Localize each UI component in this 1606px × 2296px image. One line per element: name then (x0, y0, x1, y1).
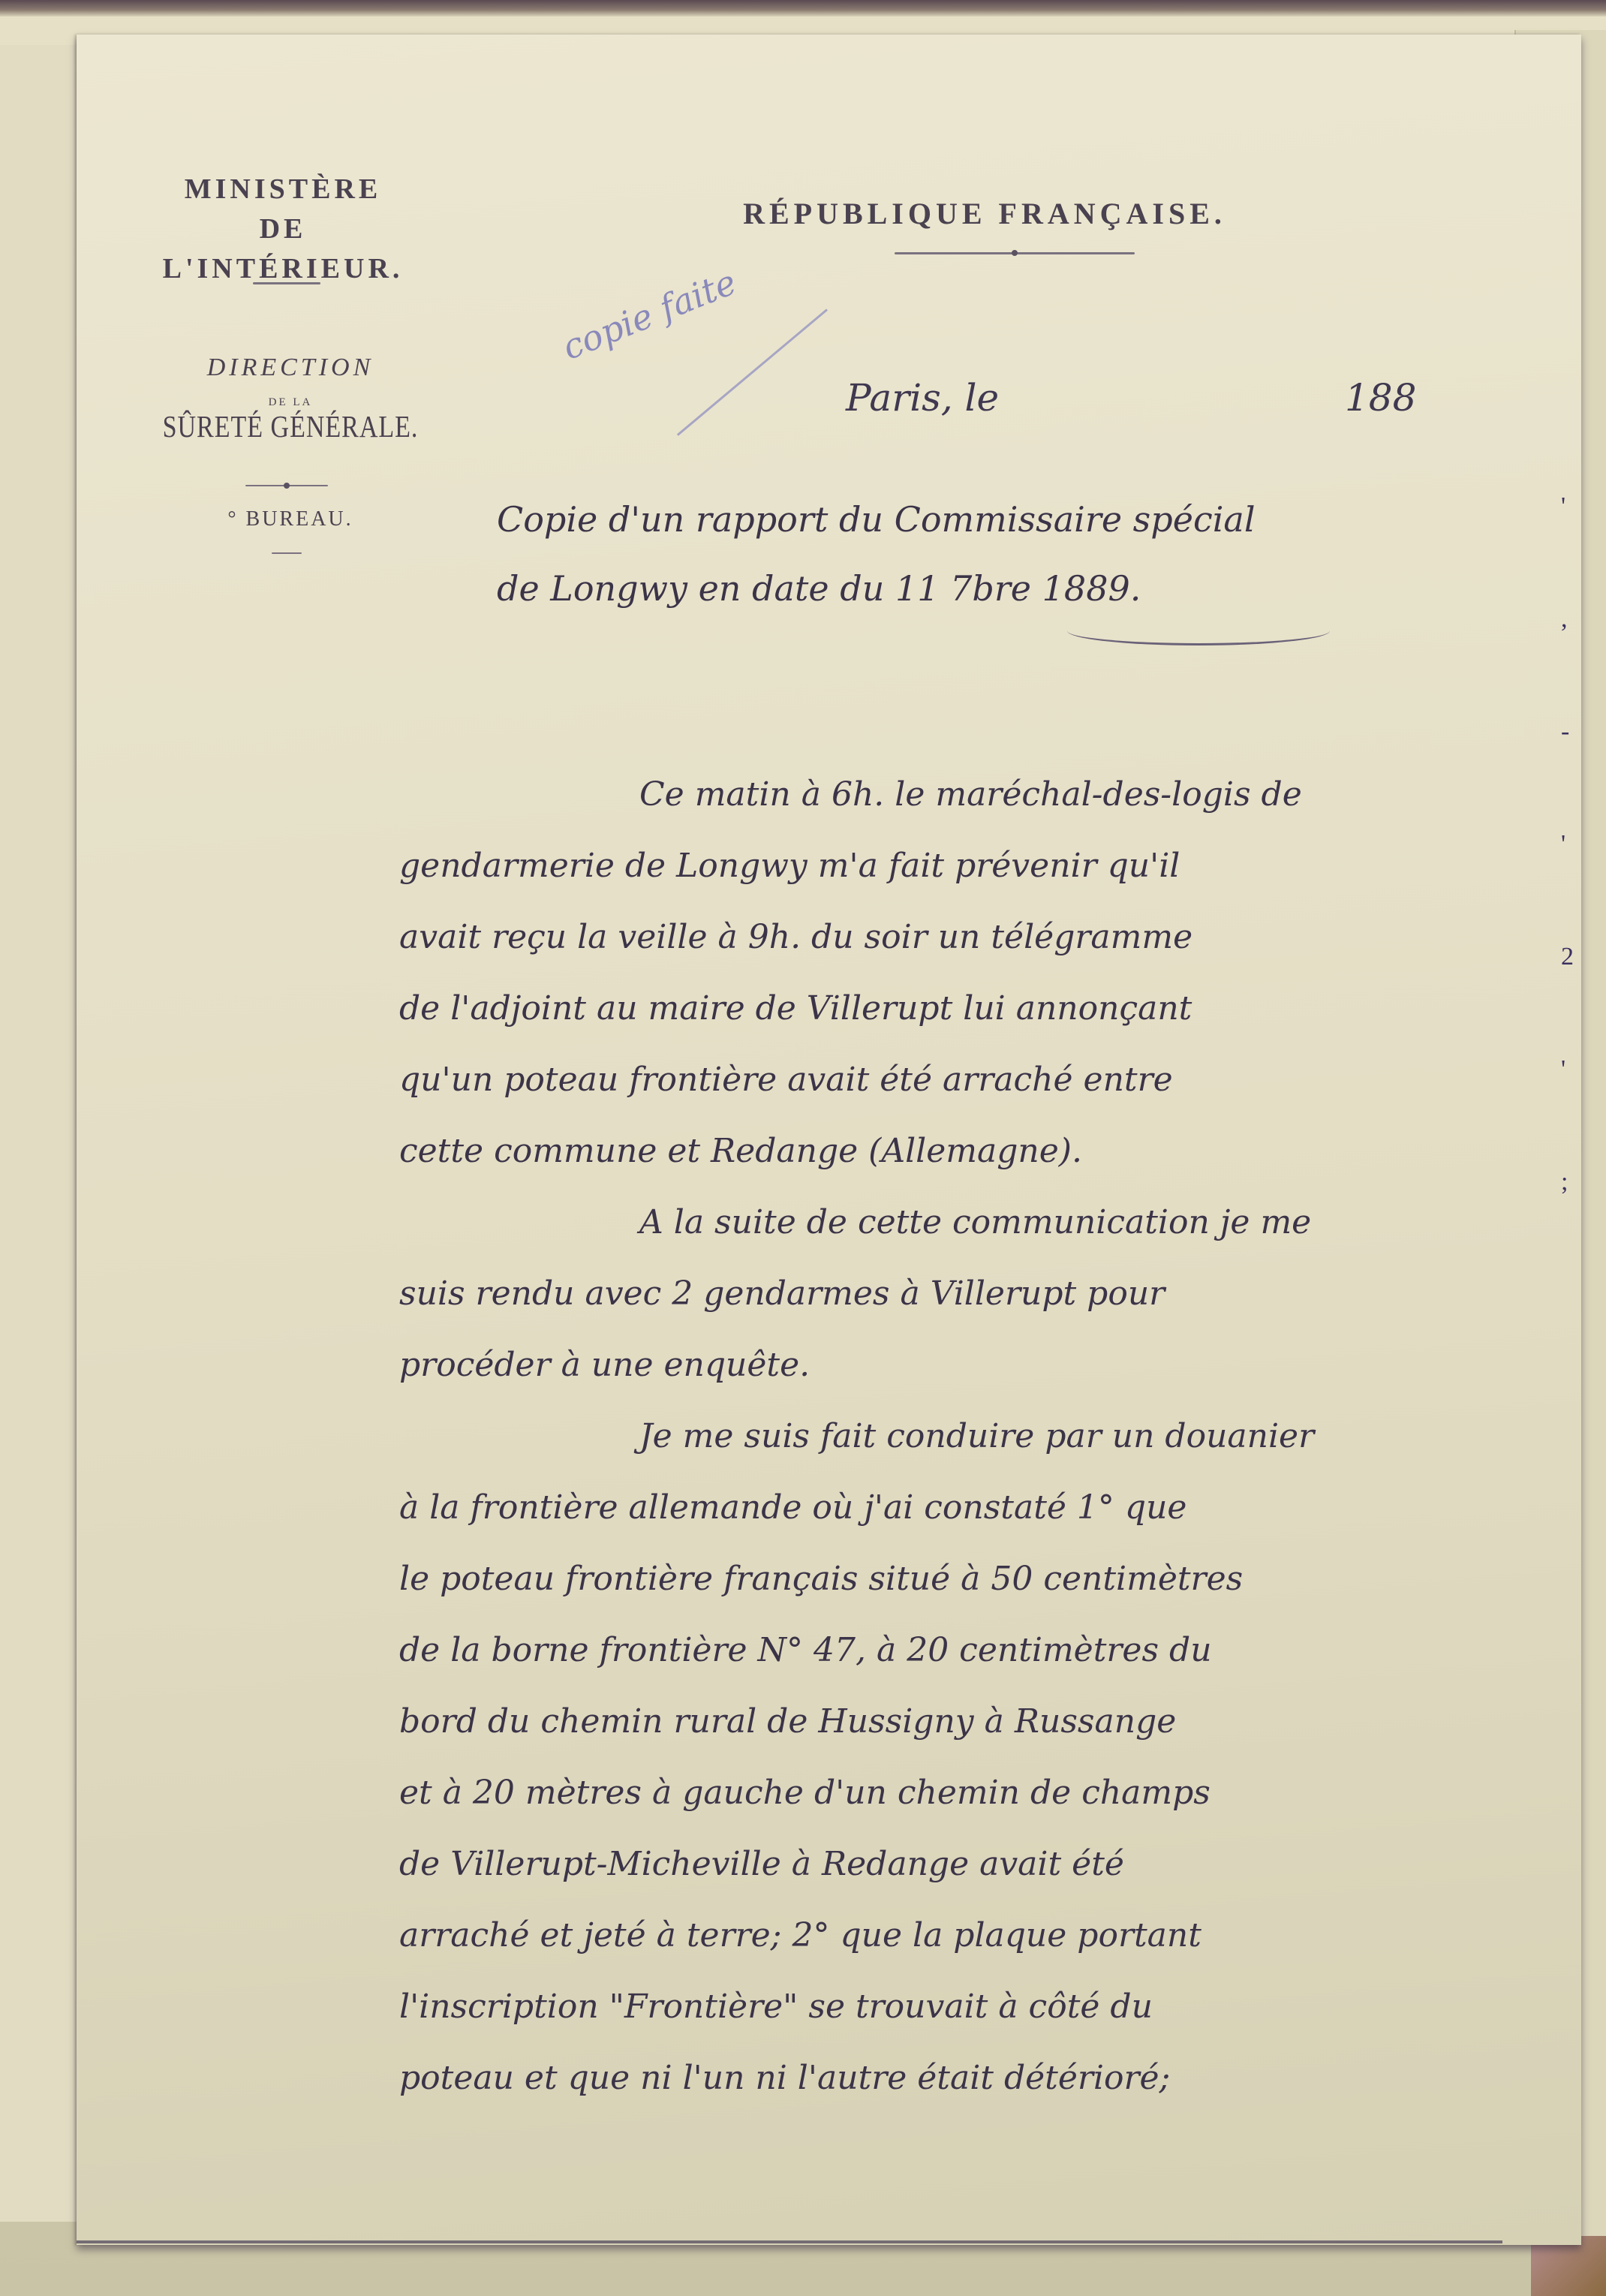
body-line: poteau et que ni l'un ni l'autre était d… (399, 2042, 1606, 2114)
body-line: avait reçu la veille à 9h. du soir un té… (399, 901, 1606, 973)
year-prefix: 188 (1345, 376, 1416, 420)
body-line: Je me suis fait conduire par un douanier (399, 1401, 1606, 1472)
underlying-sheet-left (0, 45, 84, 2222)
document-page: MINISTÈRE DE L'INTÉRIEUR. DIRECTION DE L… (77, 35, 1581, 2245)
body-line: de l'adjoint au maire de Villerupt lui a… (399, 973, 1606, 1044)
body-line: et à 20 mètres à gauche d'un chemin de c… (399, 1757, 1606, 1828)
body-line: A la suite de cette communication je me (399, 1187, 1606, 1258)
background-top-edge (0, 0, 1606, 17)
report-body: Ce matin à 6h. le maréchal-des-logis de … (399, 759, 1606, 2114)
body-line: suis rendu avec 2 gendarmes à Villerupt … (399, 1258, 1606, 1329)
annotation-copie-faite: copie faite (557, 261, 742, 368)
body-line: de la borne frontière N° 47, à 20 centim… (399, 1614, 1606, 1686)
ministry-line1: MINISTÈRE (159, 170, 407, 209)
body-line: procéder à une enquête. (399, 1329, 1606, 1401)
republic-header: RÉPUBLIQUE FRANÇAISE. (654, 196, 1315, 231)
heading-line2: de Longwy en date du 11 7bre 1889. (497, 554, 1592, 623)
margin-bleed-marks: ',-'2'; (1561, 450, 1598, 1238)
body-line: cette commune et Redange (Allemagne). (399, 1115, 1606, 1187)
folder-corner (1531, 2236, 1606, 2296)
ornament-rule (272, 552, 302, 554)
ornament-rule (245, 485, 328, 486)
direction-label: DIRECTION (174, 354, 407, 382)
ministry-line2: DE L'INTÉRIEUR. (159, 209, 407, 289)
body-line: le poteau frontière français situé à 50 … (399, 1543, 1606, 1614)
body-line: arraché et jeté à terre; 2° que la plaqu… (399, 1900, 1606, 1971)
bureau-label: ° BUREAU. (174, 507, 407, 531)
surete-generale-label: SÛRETÉ GÉNÉRALE. (159, 411, 422, 445)
ornament-rule (253, 282, 320, 284)
ornament-rule (895, 252, 1135, 254)
body-line: Ce matin à 6h. le maréchal-des-logis de (399, 759, 1606, 830)
body-line: bord du chemin rural de Hussigny à Russa… (399, 1686, 1606, 1757)
body-line: à la frontière allemande où j'ai constat… (399, 1472, 1606, 1543)
page-bottom-edge (77, 2240, 1502, 2243)
place-date-label: Paris, le (846, 376, 999, 420)
heading-underline (1067, 616, 1330, 645)
de-la-label: DE LA (174, 396, 407, 409)
ministry-header: MINISTÈRE DE L'INTÉRIEUR. (159, 170, 407, 290)
annotation-stroke (677, 308, 828, 435)
heading-line1: Copie d'un rapport du Commissaire spécia… (497, 485, 1592, 554)
report-heading: Copie d'un rapport du Commissaire spécia… (497, 485, 1592, 623)
body-line: de Villerupt-Micheville à Redange avait … (399, 1828, 1606, 1900)
body-line: qu'un poteau frontière avait été arraché… (399, 1044, 1606, 1115)
body-line: gendarmerie de Longwy m'a fait prévenir … (399, 830, 1606, 901)
body-line: l'inscription "Frontière" se trouvait à … (399, 1971, 1606, 2042)
